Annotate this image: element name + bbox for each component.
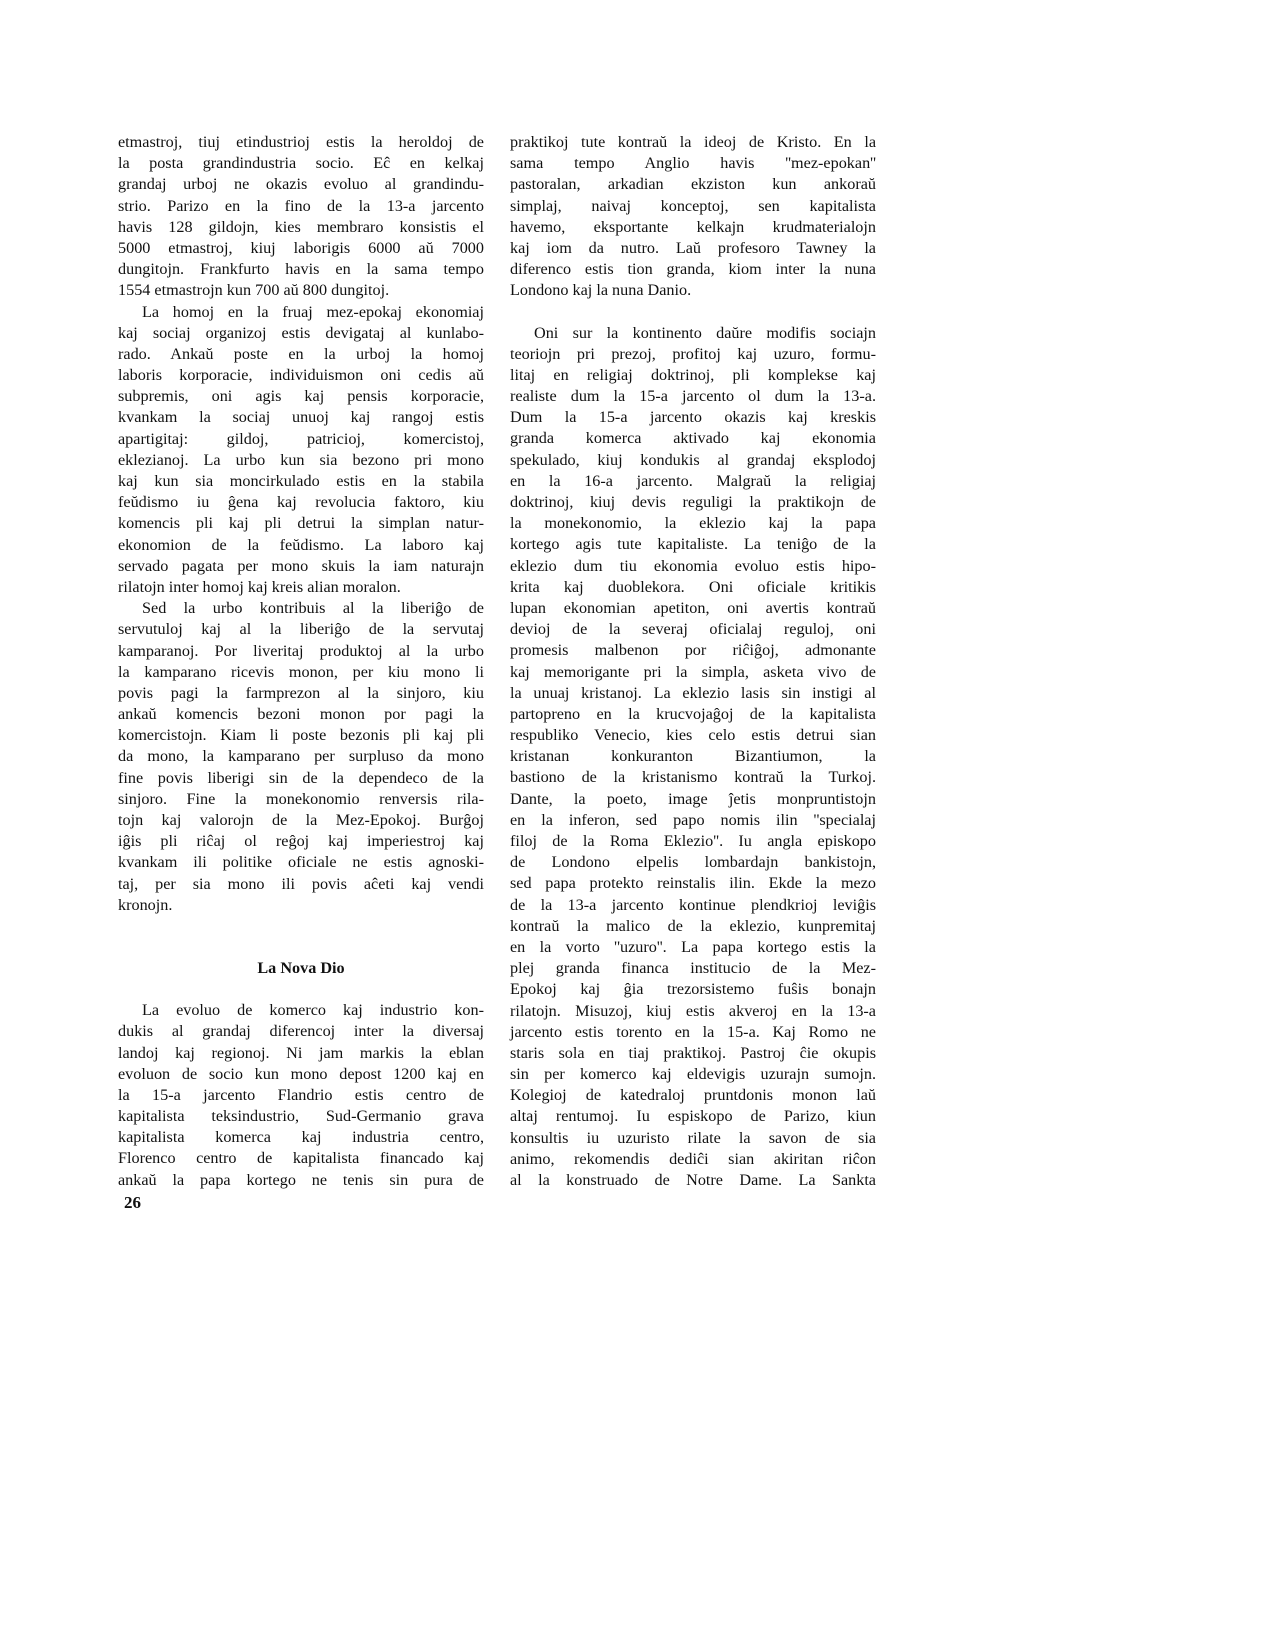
line-text: Dante, la poeto, image ĵetis monpruntist… (510, 789, 876, 810)
text-line: strio. Parizo en la fino de la 13-a jarc… (118, 196, 484, 217)
text-line: La homoj en la fruaj mez-epokaj ekonomia… (118, 302, 484, 323)
text-line: kontraŭ la malico de la eklezio, kunprem… (510, 916, 876, 937)
line-text: 5000 etmastroj, kiuj laborigis 6000 aŭ 7… (118, 238, 484, 259)
text-line: iĝis pli riĉaj ol reĝoj kaj imperiestroj… (118, 831, 484, 852)
text-line: dungitojn. Frankfurto havis en la sama t… (118, 259, 484, 280)
text-line: ekonomion de la feŭdismo. La laboro kaj (118, 535, 484, 556)
text-line: taj, per sia mono ili povis aĉeti kaj ve… (118, 874, 484, 895)
text-line: kristanan konkuranton Bizantiumon, la (510, 746, 876, 767)
text-line: respubliko Venecio, kies celo estis detr… (510, 725, 876, 746)
line-text: diferenco estis tion granda, kiom inter … (510, 259, 876, 280)
line-text: dungitojn. Frankfurto havis en la sama t… (118, 259, 484, 280)
text-line: ankaŭ la papa kortego ne tenis sin pura … (118, 1170, 484, 1191)
text-line: sinjoro. Fine la monekonomio renversis r… (118, 789, 484, 810)
text-line: la 15-a jarcento Flandrio estis centro d… (118, 1085, 484, 1106)
line-text: Dum la 15-a jarcento okazis kaj kreskis (510, 407, 876, 428)
text-line: la unuaj kristanoj. La eklezio lasis sin… (510, 683, 876, 704)
line-text: laboris korporacie, individuismon oni ce… (118, 365, 484, 386)
line-text: litaj en religiaj doktrinoj, pli komplek… (510, 365, 876, 386)
line-text: sinjoro. Fine la monekonomio renversis r… (118, 789, 484, 810)
line-text: kaj sociaj organizoj estis devigataj al … (118, 323, 484, 344)
line-text: grandaj urboj ne okazis evoluo al grandi… (118, 174, 484, 195)
line-text: granda komerca aktivado kaj ekonomia (510, 428, 876, 449)
text-line: rilatojn inter homoj kaj kreis alian mor… (118, 577, 484, 598)
text-line: praktikoj tute kontraŭ la ideoj de Krist… (510, 132, 876, 153)
text-line: jarcento estis torento en la 15-a. Kaj R… (510, 1022, 876, 1043)
text-line: etmastroj, tiuj etindustrioj estis la he… (118, 132, 484, 153)
paragraph: La evoluo de komerco kaj industrio kon- … (118, 1000, 484, 1191)
text-line: servado pagata per mono skuis la iam nat… (118, 556, 484, 577)
paragraph: La homoj en la fruaj mez-epokaj ekonomia… (118, 302, 484, 599)
paragraph: Sed la urbo kontribuis al la liberiĝo de… (118, 598, 484, 916)
text-line: 1554 etmastrojn kun 700 aŭ 800 dungitoj. (118, 280, 484, 301)
line-text: eklezio dum tiu ekonomia evoluo estis hi… (510, 556, 876, 577)
line-text: etmastroj, tiuj etindustrioj estis la he… (118, 132, 484, 153)
text-line: staris sola en tiaj praktikoj. Pastroj ĉ… (510, 1043, 876, 1064)
text-line: la kamparano ricevis monon, per kiu mono… (118, 662, 484, 683)
line-text: en la 16-a jarcento. Malgraŭ la religiaj (510, 471, 876, 492)
line-text: feŭdismo iu ĝena kaj revolucia faktoro, … (118, 492, 484, 513)
line-text: kaj memorigante pri la simpla, asketa vi… (510, 662, 876, 683)
line-text: promesis malbenon por riĉiĝoj, admonante (510, 640, 876, 661)
line-text: ankaŭ komencis bezoni monon por pagi la (118, 704, 484, 725)
line-text: rado. Ankaŭ poste en la urboj la homoj (118, 344, 484, 365)
text-line: altaj rentumoj. Iu espiskopo de Parizo, … (510, 1106, 876, 1127)
line-text: realiste dum la 15-a jarcento ol dum la … (510, 386, 876, 407)
paragraph: etmastroj, tiuj etindustrioj estis la he… (118, 132, 484, 302)
text-line: la posta grandindustria socio. Eĉ en kel… (118, 153, 484, 174)
line-text: bastiono de la kristanismo kontraŭ la Tu… (510, 767, 876, 788)
right-column: praktikoj tute kontraŭ la ideoj de Krist… (510, 132, 876, 1191)
line-text: kamparanoj. Por liveritaj produktoj al l… (118, 641, 484, 662)
line-text: kvankam ili politike oficiale ne estis a… (118, 852, 484, 873)
line-text: kaj kun sia moncirkulado estis en la sta… (118, 471, 484, 492)
line-text: Sed la urbo kontribuis al la liberiĝo de (142, 598, 484, 619)
line-text: havis 128 gildojn, kies membraro konsist… (118, 217, 484, 238)
line-text: simplaj, naivaj konceptoj, sen kapitalis… (510, 196, 876, 217)
line-text: sin per komerco kaj eldevigis uzurajn su… (510, 1064, 876, 1085)
line-text: rilatojn. Misuzoj, kiuj estis akveroj en… (510, 1001, 876, 1022)
text-line: povis pagi la farmprezon al la sinjoro, … (118, 683, 484, 704)
text-line: evoluon de socio kun mono depost 1200 ka… (118, 1064, 484, 1085)
line-text: kristanan konkuranton Bizantiumon, la (510, 746, 876, 767)
line-text: 1554 etmastrojn kun 700 aŭ 800 dungitoj. (118, 280, 484, 301)
text-line: subpremis, oni agis kaj pensis korporaci… (118, 386, 484, 407)
text-line: ankaŭ komencis bezoni monon por pagi la (118, 704, 484, 725)
text-line: Oni sur la kontinento daŭre modifis soci… (510, 323, 876, 344)
text-line: komercistojn. Kiam li poste bezonis pli … (118, 725, 484, 746)
text-line: konsultis iu uzuristo rilate la savon de… (510, 1128, 876, 1149)
line-text: sama tempo Anglio havis ''mez-epokan'' (510, 153, 876, 174)
line-text: kapitalista teksindustrio, Sud-Germanio … (118, 1106, 484, 1127)
text-line: en la 16-a jarcento. Malgraŭ la religiaj (510, 471, 876, 492)
text-line: kaj kun sia moncirkulado estis en la sta… (118, 471, 484, 492)
text-line: eklezio dum tiu ekonomia evoluo estis hi… (510, 556, 876, 577)
text-line: kvankam la sociaj unuoj kaj rangoj estis (118, 407, 484, 428)
paragraph: Oni sur la kontinento daŭre modifis soci… (510, 323, 876, 1192)
line-text: taj, per sia mono ili povis aĉeti kaj ve… (118, 874, 484, 895)
text-line: servutuloj kaj al la liberiĝo de la serv… (118, 619, 484, 640)
line-text: kvankam la sociaj unuoj kaj rangoj estis (118, 407, 484, 428)
text-line: sama tempo Anglio havis ''mez-epokan'' (510, 153, 876, 174)
text-line: havis 128 gildojn, kies membraro konsist… (118, 217, 484, 238)
line-text: Florenco centro de kapitalista financado… (118, 1148, 484, 1169)
text-line: apartigitaj: gildoj, patricioj, komercis… (118, 429, 484, 450)
line-text: de Londono elpelis lombardajn bankistojn… (510, 852, 876, 873)
line-text: servado pagata per mono skuis la iam nat… (118, 556, 484, 577)
text-line: de la 13-a jarcento kontinue plendkrioj … (510, 895, 876, 916)
line-text: la unuaj kristanoj. La eklezio lasis sin… (510, 683, 876, 704)
line-text: kortego agis tute kapitaliste. La teniĝo… (510, 534, 876, 555)
text-line: pastoralan, arkadian ekziston kun ankora… (510, 174, 876, 195)
line-text: eklezianoj. La urbo kun sia bezono pri m… (118, 450, 484, 471)
text-line: devioj de la severaj oficialaj reguloj, … (510, 619, 876, 640)
line-text: komercistojn. Kiam li poste bezonis pli … (118, 725, 484, 746)
line-text: apartigitaj: gildoj, patricioj, komercis… (118, 429, 484, 450)
text-line: laboris korporacie, individuismon oni ce… (118, 365, 484, 386)
line-text: al la konstruado de Notre Dame. La Sankt… (510, 1170, 876, 1191)
text-line: Dante, la poeto, image ĵetis monpruntist… (510, 789, 876, 810)
text-line: filoj de la Roma Eklezio''. Iu angla epi… (510, 831, 876, 852)
line-text: Kolegioj de katedraloj pruntdonis monon … (510, 1085, 876, 1106)
text-line: animo, rekomendis dediĉi sian akiritan r… (510, 1149, 876, 1170)
text-line: realiste dum la 15-a jarcento ol dum la … (510, 386, 876, 407)
text-line: en la vorto ''uzuro''. La papa kortego e… (510, 937, 876, 958)
line-text: landoj kaj regionoj. Ni jam markis la eb… (118, 1043, 484, 1064)
line-text: evoluon de socio kun mono depost 1200 ka… (118, 1064, 484, 1085)
line-text: Epokoj kaj ĝia trezorsistemo fuŝis bonaj… (510, 979, 876, 1000)
line-text: strio. Parizo en la fino de la 13-a jarc… (118, 196, 484, 217)
line-text: povis pagi la farmprezon al la sinjoro, … (118, 683, 484, 704)
line-text: fine povis liberigi sin de la dependeco … (118, 768, 484, 789)
line-text: komencis pli kaj pli detrui la simplan n… (118, 513, 484, 534)
line-text: praktikoj tute kontraŭ la ideoj de Krist… (510, 132, 876, 153)
text-line: litaj en religiaj doktrinoj, pli komplek… (510, 365, 876, 386)
text-line: La evoluo de komerco kaj industrio kon- (118, 1000, 484, 1021)
text-line: kaj sociaj organizoj estis devigataj al … (118, 323, 484, 344)
line-text: la 15-a jarcento Flandrio estis centro d… (118, 1085, 484, 1106)
line-text: altaj rentumoj. Iu espiskopo de Parizo, … (510, 1106, 876, 1127)
text-line: al la konstruado de Notre Dame. La Sankt… (510, 1170, 876, 1191)
text-line: kapitalista komerca kaj industria centro… (118, 1127, 484, 1148)
text-line: simplaj, naivaj konceptoj, sen kapitalis… (510, 196, 876, 217)
line-text: respubliko Venecio, kies celo estis detr… (510, 725, 876, 746)
line-text: rilatojn inter homoj kaj kreis alian mor… (118, 577, 484, 598)
text-line: Florenco centro de kapitalista financado… (118, 1148, 484, 1169)
text-line: lupan ekonomian apetiton, oni avertis ko… (510, 598, 876, 619)
line-text: de la 13-a jarcento kontinue plendkrioj … (510, 895, 876, 916)
line-text: sed papa protekto reinstalis ilin. Ekde … (510, 873, 876, 894)
text-line: kamparanoj. Por liveritaj produktoj al l… (118, 641, 484, 662)
line-text: la kamparano ricevis monon, per kiu mono… (118, 662, 484, 683)
text-line: eklezianoj. La urbo kun sia bezono pri m… (118, 450, 484, 471)
spacer (118, 916, 484, 958)
text-line: granda komerca aktivado kaj ekonomia (510, 428, 876, 449)
line-text: servutuloj kaj al la liberiĝo de la serv… (118, 619, 484, 640)
text-line: diferenco estis tion granda, kiom inter … (510, 259, 876, 280)
text-line: grandaj urboj ne okazis evoluo al grandi… (118, 174, 484, 195)
text-line: bastiono de la kristanismo kontraŭ la Tu… (510, 767, 876, 788)
text-line: feŭdismo iu ĝena kaj revolucia faktoro, … (118, 492, 484, 513)
line-text: konsultis iu uzuristo rilate la savon de… (510, 1128, 876, 1149)
text-line: komencis pli kaj pli detrui la simplan n… (118, 513, 484, 534)
line-text: devioj de la severaj oficialaj reguloj, … (510, 619, 876, 640)
text-line: Epokoj kaj ĝia trezorsistemo fuŝis bonaj… (510, 979, 876, 1000)
text-line: tojn kaj valorojn de la Mez-Epokoj. Burĝ… (118, 810, 484, 831)
line-text: Londono kaj la nuna Danio. (510, 280, 876, 301)
text-line: la monekonomio, la eklezio kaj la papa (510, 513, 876, 534)
spacer (118, 979, 484, 1000)
text-line: doktrinoj, kiuj devis reguligi la prakti… (510, 492, 876, 513)
line-text: subpremis, oni agis kaj pensis korporaci… (118, 386, 484, 407)
text-line: sin per komerco kaj eldevigis uzurajn su… (510, 1064, 876, 1085)
line-text: spekulado, kiuj kondukis al grandaj eksp… (510, 450, 876, 471)
text-line: kapitalista teksindustrio, Sud-Germanio … (118, 1106, 484, 1127)
text-line: kvankam ili politike oficiale ne estis a… (118, 852, 484, 873)
text-line: Dum la 15-a jarcento okazis kaj kreskis (510, 407, 876, 428)
line-text: plej granda financa institucio de la Mez… (510, 958, 876, 979)
text-line: plej granda financa institucio de la Mez… (510, 958, 876, 979)
text-line: Kolegioj de katedraloj pruntdonis monon … (510, 1085, 876, 1106)
line-text: jarcento estis torento en la 15-a. Kaj R… (510, 1022, 876, 1043)
line-text: tojn kaj valorojn de la Mez-Epokoj. Burĝ… (118, 810, 484, 831)
line-text: La homoj en la fruaj mez-epokaj ekonomia… (142, 302, 484, 323)
line-text: staris sola en tiaj praktikoj. Pastroj ĉ… (510, 1043, 876, 1064)
line-text: kronojn. (118, 895, 484, 916)
line-text: pastoralan, arkadian ekziston kun ankora… (510, 174, 876, 195)
text-line: Sed la urbo kontribuis al la liberiĝo de (118, 598, 484, 619)
line-text: lupan ekonomian apetiton, oni avertis ko… (510, 598, 876, 619)
line-text: da mono, la kamparano per surpluso da mo… (118, 746, 484, 767)
line-text: animo, rekomendis dediĉi sian akiritan r… (510, 1149, 876, 1170)
text-line: 5000 etmastroj, kiuj laborigis 6000 aŭ 7… (118, 238, 484, 259)
section-heading: La Nova Dio (118, 958, 484, 979)
text-line: krita kaj duoblekora. Oni oficiale kriti… (510, 577, 876, 598)
text-line: partopreno en la krucvojaĝoj de la kapit… (510, 704, 876, 725)
text-line: kortego agis tute kapitaliste. La teniĝo… (510, 534, 876, 555)
text-line: landoj kaj regionoj. Ni jam markis la eb… (118, 1043, 484, 1064)
text-line: da mono, la kamparano per surpluso da mo… (118, 746, 484, 767)
line-text: la monekonomio, la eklezio kaj la papa (510, 513, 876, 534)
line-text: havemo, eksportante kelkajn krudmaterial… (510, 217, 876, 238)
text-line: fine povis liberigi sin de la dependeco … (118, 768, 484, 789)
line-text: La evoluo de komerco kaj industrio kon- (142, 1000, 484, 1021)
page-number: 26 (124, 1193, 141, 1213)
paragraph: praktikoj tute kontraŭ la ideoj de Krist… (510, 132, 876, 302)
text-line: rado. Ankaŭ poste en la urboj la homoj (118, 344, 484, 365)
line-text: kapitalista komerca kaj industria centro… (118, 1127, 484, 1148)
text-line: spekulado, kiuj kondukis al grandaj eksp… (510, 450, 876, 471)
line-text: ankaŭ la papa kortego ne tenis sin pura … (118, 1170, 484, 1191)
line-text: ekonomion de la feŭdismo. La laboro kaj (118, 535, 484, 556)
text-line: de Londono elpelis lombardajn bankistojn… (510, 852, 876, 873)
text-line: kaj iom da nutro. Laŭ profesoro Tawney l… (510, 238, 876, 259)
line-text: filoj de la Roma Eklezio''. Iu angla epi… (510, 831, 876, 852)
text-line: kronojn. (118, 895, 484, 916)
text-line: Londono kaj la nuna Danio. (510, 280, 876, 301)
line-text: dukis al grandaj diferencoj inter la div… (118, 1021, 484, 1042)
line-text: krita kaj duoblekora. Oni oficiale kriti… (510, 577, 876, 598)
line-text: partopreno en la krucvojaĝoj de la kapit… (510, 704, 876, 725)
text-line: promesis malbenon por riĉiĝoj, admonante (510, 640, 876, 661)
left-column: etmastroj, tiuj etindustrioj estis la he… (118, 132, 484, 1191)
text-line: kaj memorigante pri la simpla, asketa vi… (510, 662, 876, 683)
line-text: iĝis pli riĉaj ol reĝoj kaj imperiestroj… (118, 831, 484, 852)
text-line: en la inferon, sed papo nomis ilin ''spe… (510, 810, 876, 831)
text-line: dukis al grandaj diferencoj inter la div… (118, 1021, 484, 1042)
line-text: la posta grandindustria socio. Eĉ en kel… (118, 153, 484, 174)
text-line: rilatojn. Misuzoj, kiuj estis akveroj en… (510, 1001, 876, 1022)
line-text: en la vorto ''uzuro''. La papa kortego e… (510, 937, 876, 958)
text-line: havemo, eksportante kelkajn krudmaterial… (510, 217, 876, 238)
line-text: en la inferon, sed papo nomis ilin ''spe… (510, 810, 876, 831)
spacer (510, 302, 876, 323)
line-text: teoriojn pri prezoj, profitoj kaj uzuro,… (510, 344, 876, 365)
text-line: teoriojn pri prezoj, profitoj kaj uzuro,… (510, 344, 876, 365)
line-text: kontraŭ la malico de la eklezio, kunprem… (510, 916, 876, 937)
line-text: Oni sur la kontinento daŭre modifis soci… (534, 323, 876, 344)
document-page: etmastroj, tiuj etindustrioj estis la he… (0, 0, 1275, 1650)
line-text: doktrinoj, kiuj devis reguligi la prakti… (510, 492, 876, 513)
line-text: kaj iom da nutro. Laŭ profesoro Tawney l… (510, 238, 876, 259)
text-line: sed papa protekto reinstalis ilin. Ekde … (510, 873, 876, 894)
